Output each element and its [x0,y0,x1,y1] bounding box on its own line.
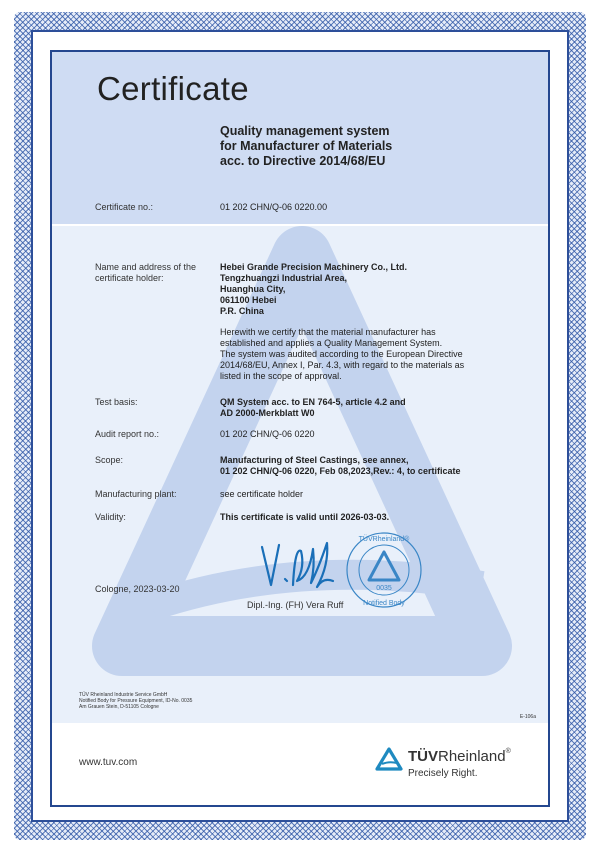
svg-text:0035: 0035 [376,585,392,592]
statement-line: Herewith we certify that the material ma… [220,327,550,338]
issuer-address: TÜV Rheinland Industrie Service GmbH Not… [79,692,192,710]
place-date: Cologne, 2023-03-20 [95,584,180,594]
tuv-triangle-icon [374,746,404,772]
holder-label: Name and address of the certificate hold… [95,262,220,284]
form-number: E-106a [520,714,536,720]
validity-label: Validity: [95,512,220,523]
subtitle-line: acc. to Directive 2014/68/EU [220,154,392,169]
test-basis-value: QM System acc. to EN 764-5, article 4.2 … [220,397,550,419]
address-line: Tengzhuangzi Industrial Area, [220,273,550,284]
value-line: QM System acc. to EN 764-5, article 4.2 … [220,397,550,408]
address-line: Huanghua City, [220,284,550,295]
statement-line: established and applies a Quality Manage… [220,338,550,349]
statement-line: The system was audited according to the … [220,349,550,360]
website-link[interactable]: www.tuv.com [79,757,137,768]
signature-icon [257,537,337,597]
certificate-title: Certificate [97,70,249,108]
label-line: certificate holder: [95,273,220,284]
audit-report-label: Audit report no.: [95,429,220,440]
svg-text:TÜVRheinland®: TÜVRheinland® [359,535,411,543]
subtitle-line: for Manufacturer of Materials [220,139,392,154]
certification-statement: Herewith we certify that the material ma… [220,327,550,382]
statement-line: listed in the scope of approval. [220,371,550,382]
value-line: Manufacturing of Steel Castings, see ann… [220,455,550,466]
header-band: Certificate Quality management system fo… [52,52,548,224]
value-line: AD 2000-Merkblatt W0 [220,408,550,419]
certificate-frame: Certificate Quality management system fo… [50,50,550,807]
statement-line: 2014/68/EU, Annex I, Par. 4.3, with rega… [220,360,550,371]
audit-report-value: 01 202 CHN/Q-06 0220 [220,429,550,440]
certificate-no-value: 01 202 CHN/Q-06 0220.00 [220,202,550,213]
test-basis-label: Test basis: [95,397,220,408]
certificate-subtitle: Quality management system for Manufactur… [220,124,392,169]
plant-value: see certificate holder [220,489,550,500]
issuer-line: Am Grauen Stein, D-51105 Cologne [79,704,192,710]
svg-text:Notified Body: Notified Body [363,600,405,607]
value-line: 01 202 CHN/Q-06 0220, Feb 08,2023,Rev.: … [220,466,550,477]
address-line: 061100 Hebei [220,295,550,306]
address-line: Hebei Grande Precision Machinery Co., Lt… [220,262,550,273]
holder-address: Hebei Grande Precision Machinery Co., Lt… [220,262,550,317]
plant-label: Manufacturing plant: [95,489,220,500]
scope-value: Manufacturing of Steel Castings, see ann… [220,455,550,477]
tuv-rheinland-logo: TÜVRheinland® Precisely Right. [374,746,544,790]
logo-slogan: Precisely Right. [408,768,477,779]
validity-value: This certificate is valid until 2026-03-… [220,512,550,523]
logo-brand: TÜVRheinland® [408,748,511,765]
signer-name: Dipl.-Ing. (FH) Vera Ruff [247,600,343,610]
scope-label: Scope: [95,455,220,466]
notified-body-stamp-icon: 0035 TÜVRheinland® Notified Body [344,530,424,610]
address-line: P.R. China [220,306,550,317]
label-line: Name and address of the [95,262,220,273]
certificate-no-label: Certificate no.: [95,202,220,213]
subtitle-line: Quality management system [220,124,392,139]
